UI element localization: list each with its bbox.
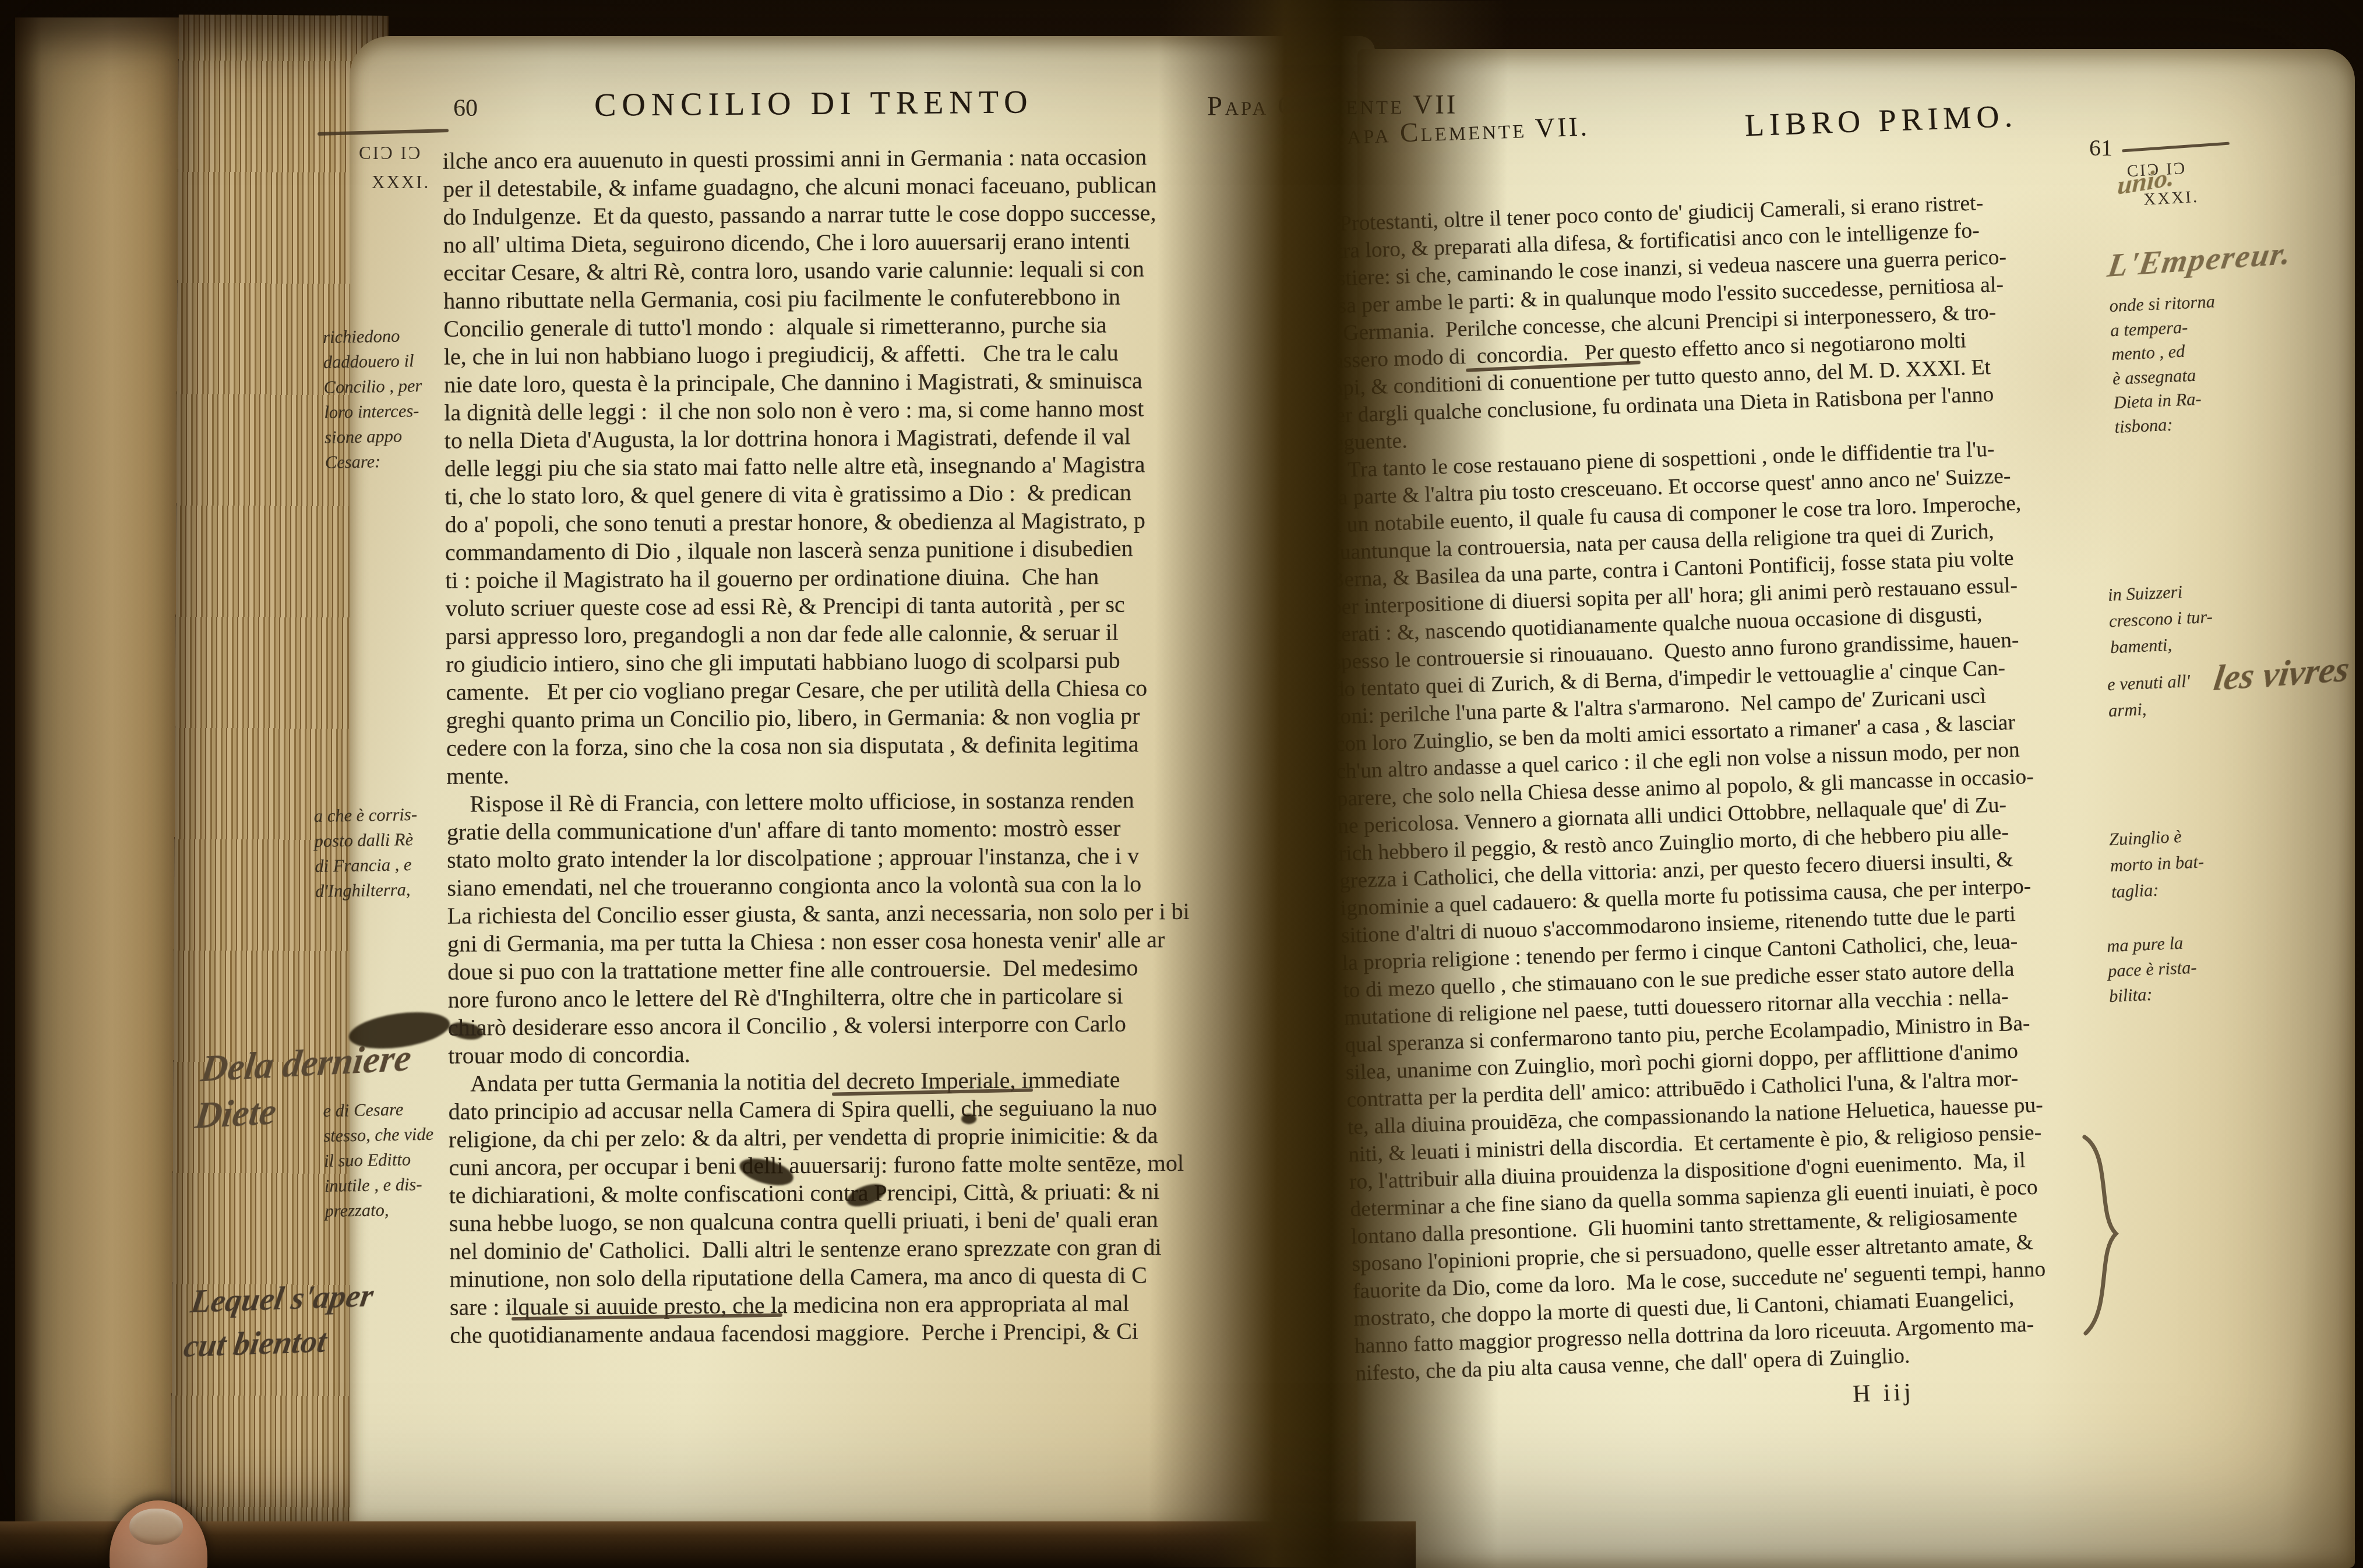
margin-note-line: d'Inghilterra, (315, 877, 450, 904)
handwritten-note-derniere-diete: Dela derniereDiete (192, 1034, 414, 1139)
margin-note-line: daddouero il (323, 348, 449, 375)
margin-note-line: prezzato, (325, 1196, 459, 1224)
margin-note-line: loro interces- (324, 398, 450, 425)
margin-note-ratisbona: onde si ritornaa tempera-mento , edè ass… (2109, 286, 2308, 439)
book-photo: 60 CONCILIO DI TRENTO Papa Clemente VII … (0, 0, 2363, 1568)
margin-note-line: inutile , e dis- (324, 1171, 459, 1199)
margin-note-line: richiedono (323, 323, 449, 350)
ink-speck (961, 1114, 976, 1124)
handwriting-line: Lequel s'aper (188, 1273, 377, 1324)
margin-note-line: posto dalli Rè (314, 827, 449, 854)
ink-brace (2078, 1135, 2130, 1336)
margin-note-line: Cesare: (325, 448, 451, 475)
margin-date-line: CIƆ IƆ (359, 139, 430, 168)
margin-note-richiedono: richiedonodaddouero ilConcilio , perloro… (323, 323, 450, 475)
running-header-left: CONCILIO DI TRENTO (594, 83, 1034, 123)
margin-note-line: a che è corris- (314, 801, 449, 829)
page-number-left: 60 (453, 94, 478, 122)
margin-note-line: il suo Editto (324, 1146, 459, 1174)
book-cover-edge (15, 17, 190, 1568)
page-number-right: 61 (2089, 134, 2112, 161)
margin-note-line: sione appo (325, 423, 450, 450)
handwriting-line: cut bientot (181, 1318, 370, 1369)
fingernail (129, 1509, 183, 1545)
margin-note-zuinglio-morto: Zuinglio èmorto in bat-taglia: (2108, 818, 2304, 905)
signature-mark: H iij (1852, 1378, 1914, 1408)
margin-note-pace: ma pure lapace è rista-bilita: (2106, 926, 2301, 1009)
margin-note-suizzeri: in Suizzericrescono i tur-bamenti, (2107, 574, 2309, 661)
margin-date-line: XXXI. (359, 168, 430, 197)
margin-note-line: di Francia , e (315, 852, 449, 879)
margin-note-corrisposto: a che è corris-posto dalli Rèdi Francia … (314, 801, 450, 904)
margin-date-left: CIƆ IƆ XXXI. (359, 139, 430, 197)
margin-note-line: Concilio , per (323, 373, 449, 400)
gutter-shadow (1148, 0, 1509, 1568)
handwritten-note-lequel: Lequel s'apercut bientot (181, 1273, 377, 1369)
